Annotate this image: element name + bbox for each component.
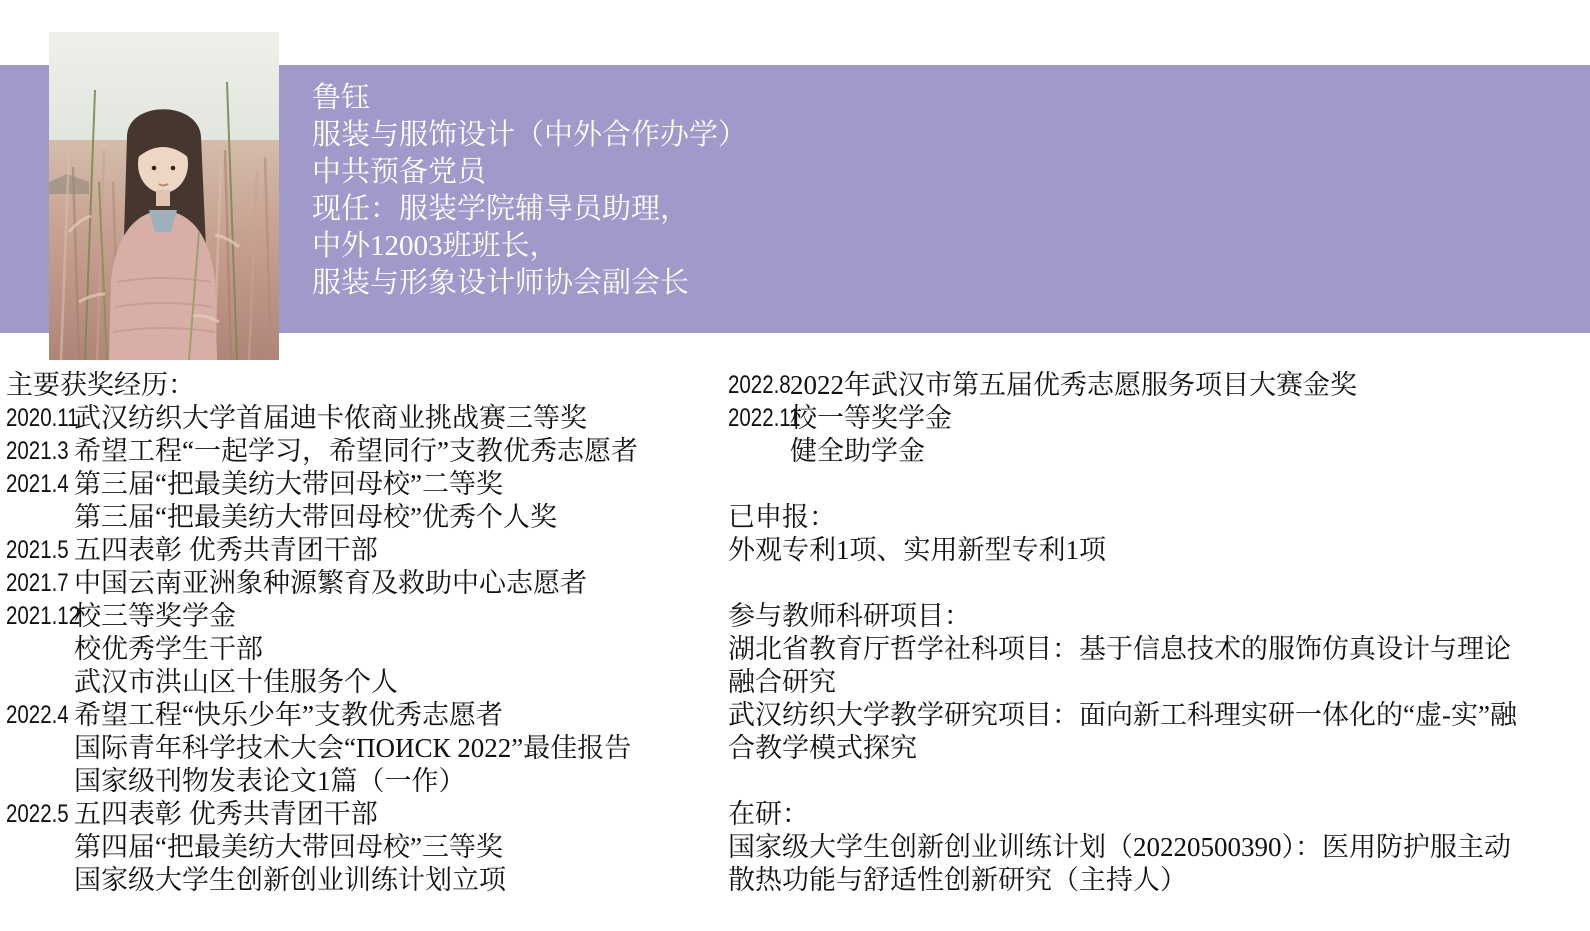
award-entry: 2021.5五四表彰 优秀共青团干部 xyxy=(6,534,720,567)
award-entry: 国际青年科学技术大会“ПОИСК 2022”最佳报告 xyxy=(6,732,720,765)
award-date: 2021.3 xyxy=(6,435,69,468)
section-body-ongoing: 国家级大学生创新创业训练计划（20220500390）：医用防护服主动散热功能与… xyxy=(728,831,1528,897)
profile-slide: 鲁钰 服装与服饰设计（中外合作办学） 中共预备党员 现任：服装学院辅导员助理， … xyxy=(0,0,1590,931)
section-title-ongoing: 在研： xyxy=(728,798,1528,831)
award-text: 希望工程“快乐少年”支教优秀志愿者 xyxy=(74,700,503,730)
award-date: 2021.4 xyxy=(6,468,69,501)
profile-photo xyxy=(49,32,279,360)
spacer xyxy=(728,468,1528,501)
section-body-patents: 外观专利1项、实用新型专利1项 xyxy=(728,534,1528,567)
award-date: 2021.5 xyxy=(6,534,69,567)
spacer xyxy=(728,567,1528,600)
award-text: 健全助学金 xyxy=(790,436,925,466)
award-entry: 2021.7中国云南亚洲象种源繁育及救助中心志愿者 xyxy=(6,567,720,600)
award-text: 希望工程“一起学习，希望同行”支教优秀志愿者 xyxy=(74,436,638,466)
award-text: 中国云南亚洲象种源繁育及救助中心志愿者 xyxy=(74,568,587,598)
spacer xyxy=(728,765,1528,798)
award-date: 2022.11 xyxy=(728,402,801,435)
award-date: 2021.7 xyxy=(6,567,69,600)
award-entry: 2022.5五四表彰 优秀共青团干部 xyxy=(6,798,720,831)
award-entry: 国家级大学生创新创业训练计划立项 xyxy=(6,864,720,897)
award-entry: 健全助学金 xyxy=(728,435,1528,468)
profile-role-2: 中外12003班班长， xyxy=(312,228,747,265)
profile-name: 鲁钰 xyxy=(312,80,747,117)
section-title-research: 参与教师科研项目： xyxy=(728,600,1528,633)
award-text: 第三届“把最美纺大带回母校”二等奖 xyxy=(74,469,503,499)
award-entry: 2021.12校三等奖学金 xyxy=(6,600,720,633)
award-entry: 校优秀学生干部 xyxy=(6,633,720,666)
award-text: 武汉市洪山区十佳服务个人 xyxy=(74,667,398,697)
award-entry: 2021.3希望工程“一起学习，希望同行”支教优秀志愿者 xyxy=(6,435,720,468)
profile-role-3: 服装与形象设计师协会副会长 xyxy=(312,265,747,302)
details-column: 2022.82022年武汉市第五届优秀志愿服务项目大赛金奖 2022.11校一等… xyxy=(728,369,1528,897)
section-body-research-1: 湖北省教育厅哲学社科项目：基于信息技术的服饰仿真设计与理论融合研究 xyxy=(728,633,1528,699)
award-text: 校一等奖学金 xyxy=(790,403,952,433)
award-entry: 第四届“把最美纺大带回母校”三等奖 xyxy=(6,831,720,864)
award-text: 五四表彰 优秀共青团干部 xyxy=(74,799,378,829)
award-date: 2022.5 xyxy=(6,798,69,831)
award-entry: 第三届“把最美纺大带回母校”优秀个人奖 xyxy=(6,501,720,534)
award-entry: 2020.11武汉纺织大学首届迪卡侬商业挑战赛三等奖 xyxy=(6,402,720,435)
award-date: 2020.11 xyxy=(6,402,79,435)
award-text: 五四表彰 优秀共青团干部 xyxy=(74,535,378,565)
section-title-patents: 已申报： xyxy=(728,501,1528,534)
award-text: 校优秀学生干部 xyxy=(74,634,263,664)
award-entry: 2022.82022年武汉市第五届优秀志愿服务项目大赛金奖 xyxy=(728,369,1528,402)
award-text: 武汉纺织大学首届迪卡侬商业挑战赛三等奖 xyxy=(74,403,587,433)
profile-photo-illustration xyxy=(49,32,279,360)
award-text: 第三届“把最美纺大带回母校”优秀个人奖 xyxy=(74,502,557,532)
profile-party: 中共预备党员 xyxy=(312,154,747,191)
award-date: 2021.12 xyxy=(6,600,80,633)
award-entry: 武汉市洪山区十佳服务个人 xyxy=(6,666,720,699)
award-entry: 国家级刊物发表论文1篇（一作） xyxy=(6,765,720,798)
award-text: 国家级大学生创新创业训练计划立项 xyxy=(74,865,506,895)
profile-summary: 鲁钰 服装与服饰设计（中外合作办学） 中共预备党员 现任：服装学院辅导员助理， … xyxy=(312,80,747,302)
award-text: 国际青年科学技术大会“ПОИСК 2022”最佳报告 xyxy=(74,733,631,763)
awards-column: 主要获奖经历： 2020.11武汉纺织大学首届迪卡侬商业挑战赛三等奖 2021.… xyxy=(6,369,720,897)
award-text: 国家级刊物发表论文1篇（一作） xyxy=(74,766,466,796)
award-entry: 2022.4希望工程“快乐少年”支教优秀志愿者 xyxy=(6,699,720,732)
section-body-research-2: 武汉纺织大学教学研究项目：面向新工科理实研一体化的“虚-实”融合教学模式探究 xyxy=(728,699,1528,765)
award-date: 2022.4 xyxy=(6,699,69,732)
award-entry: 2021.4第三届“把最美纺大带回母校”二等奖 xyxy=(6,468,720,501)
award-text: 2022年武汉市第五届优秀志愿服务项目大赛金奖 xyxy=(790,370,1357,400)
award-text: 第四届“把最美纺大带回母校”三等奖 xyxy=(74,832,503,862)
award-date: 2022.8 xyxy=(728,369,791,402)
awards-title: 主要获奖经历： xyxy=(6,369,720,402)
award-text: 校三等奖学金 xyxy=(74,601,236,631)
profile-major: 服装与服饰设计（中外合作办学） xyxy=(312,117,747,154)
profile-role-1: 现任：服装学院辅导员助理， xyxy=(312,191,747,228)
award-entry: 2022.11校一等奖学金 xyxy=(728,402,1528,435)
